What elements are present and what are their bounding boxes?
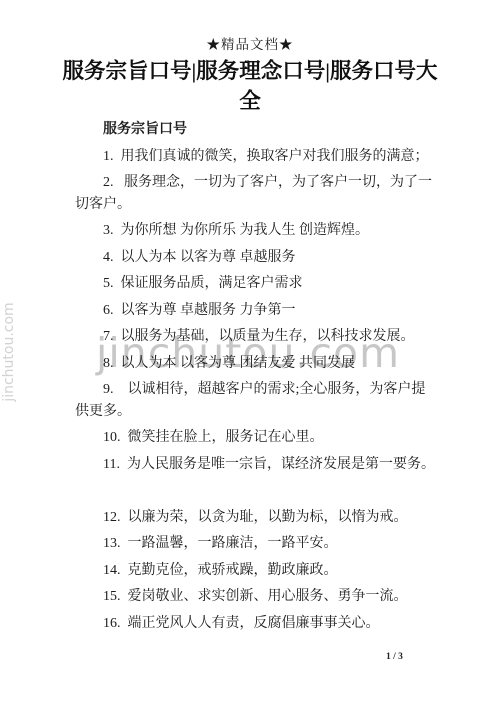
text-line: 12. 以廉为荣，以贪为耻，以勤为标，以惰为戒。 [75,507,437,529]
document-page: jinchutou.com jinchutou.com ★精品文档★ 服务宗旨口… [0,0,500,708]
document-title-line1: 服务宗旨口号|服务理念口号|服务口号大 [50,56,450,86]
text-line: 15. 爱岗敬业、求实创新、用心服务、勇争一流。 [75,586,437,608]
text-line: 9. 以诚相待，超越客户的需求;全心服务，为客户提 [75,379,437,401]
text-line: 切客户。 [75,194,437,216]
text-line: 8. 以人为本 以客为尊 团结友爱 共同发展 [75,353,437,375]
text-line: 10. 微笑挂在脸上，服务记在心里。 [75,427,437,449]
document-body: 服务宗旨口号 1. 用我们真诚的微笑，换取客户对我们服务的满意；2. 服务理念，… [75,119,437,639]
text-line: 16. 端正党风人人有责，反腐倡廉事事关心。 [75,613,437,635]
text-line: 4. 以人为本 以客为尊 卓越服务 [75,247,437,269]
section-heading: 服务宗旨口号 [75,119,437,141]
document-title-line2: 全 [50,86,450,116]
body-lines: 1. 用我们真诚的微笑，换取客户对我们服务的满意；2. 服务理念，一切为了客户，… [75,146,437,635]
text-line: 6. 以客为尊 卓越服务 力争第一 [75,300,437,322]
text-line: 1. 用我们真诚的微笑，换取客户对我们服务的满意； [75,146,437,168]
page-number: 1 / 3 [386,652,403,662]
text-line: 3. 为你所想 为你所乐 为我人生 创造辉煌。 [75,220,437,242]
text-line: 14. 克勤克俭，戒骄戒躁，勤政廉政。 [75,560,437,582]
text-line: 11. 为人民服务是唯一宗旨，谋经济发展是第一要务。 [75,454,437,476]
text-line: 13. 一路温馨，一路廉洁，一路平安。 [75,533,437,555]
side-watermark: jinchutou.com [1,286,17,418]
blank-line [75,480,437,502]
header-mark: ★精品文档★ [0,33,500,53]
text-line: 5. 保证服务品质，满足客户需求 [75,273,437,295]
text-line: 供更多。 [75,401,437,423]
text-line: 2. 服务理念，一切为了客户，为了客户一切，为了一 [75,172,437,194]
text-line: 7. 以服务为基础，以质量为生存，以科技求发展。 [75,326,437,348]
document-title: 服务宗旨口号|服务理念口号|服务口号大 全 [50,56,450,116]
